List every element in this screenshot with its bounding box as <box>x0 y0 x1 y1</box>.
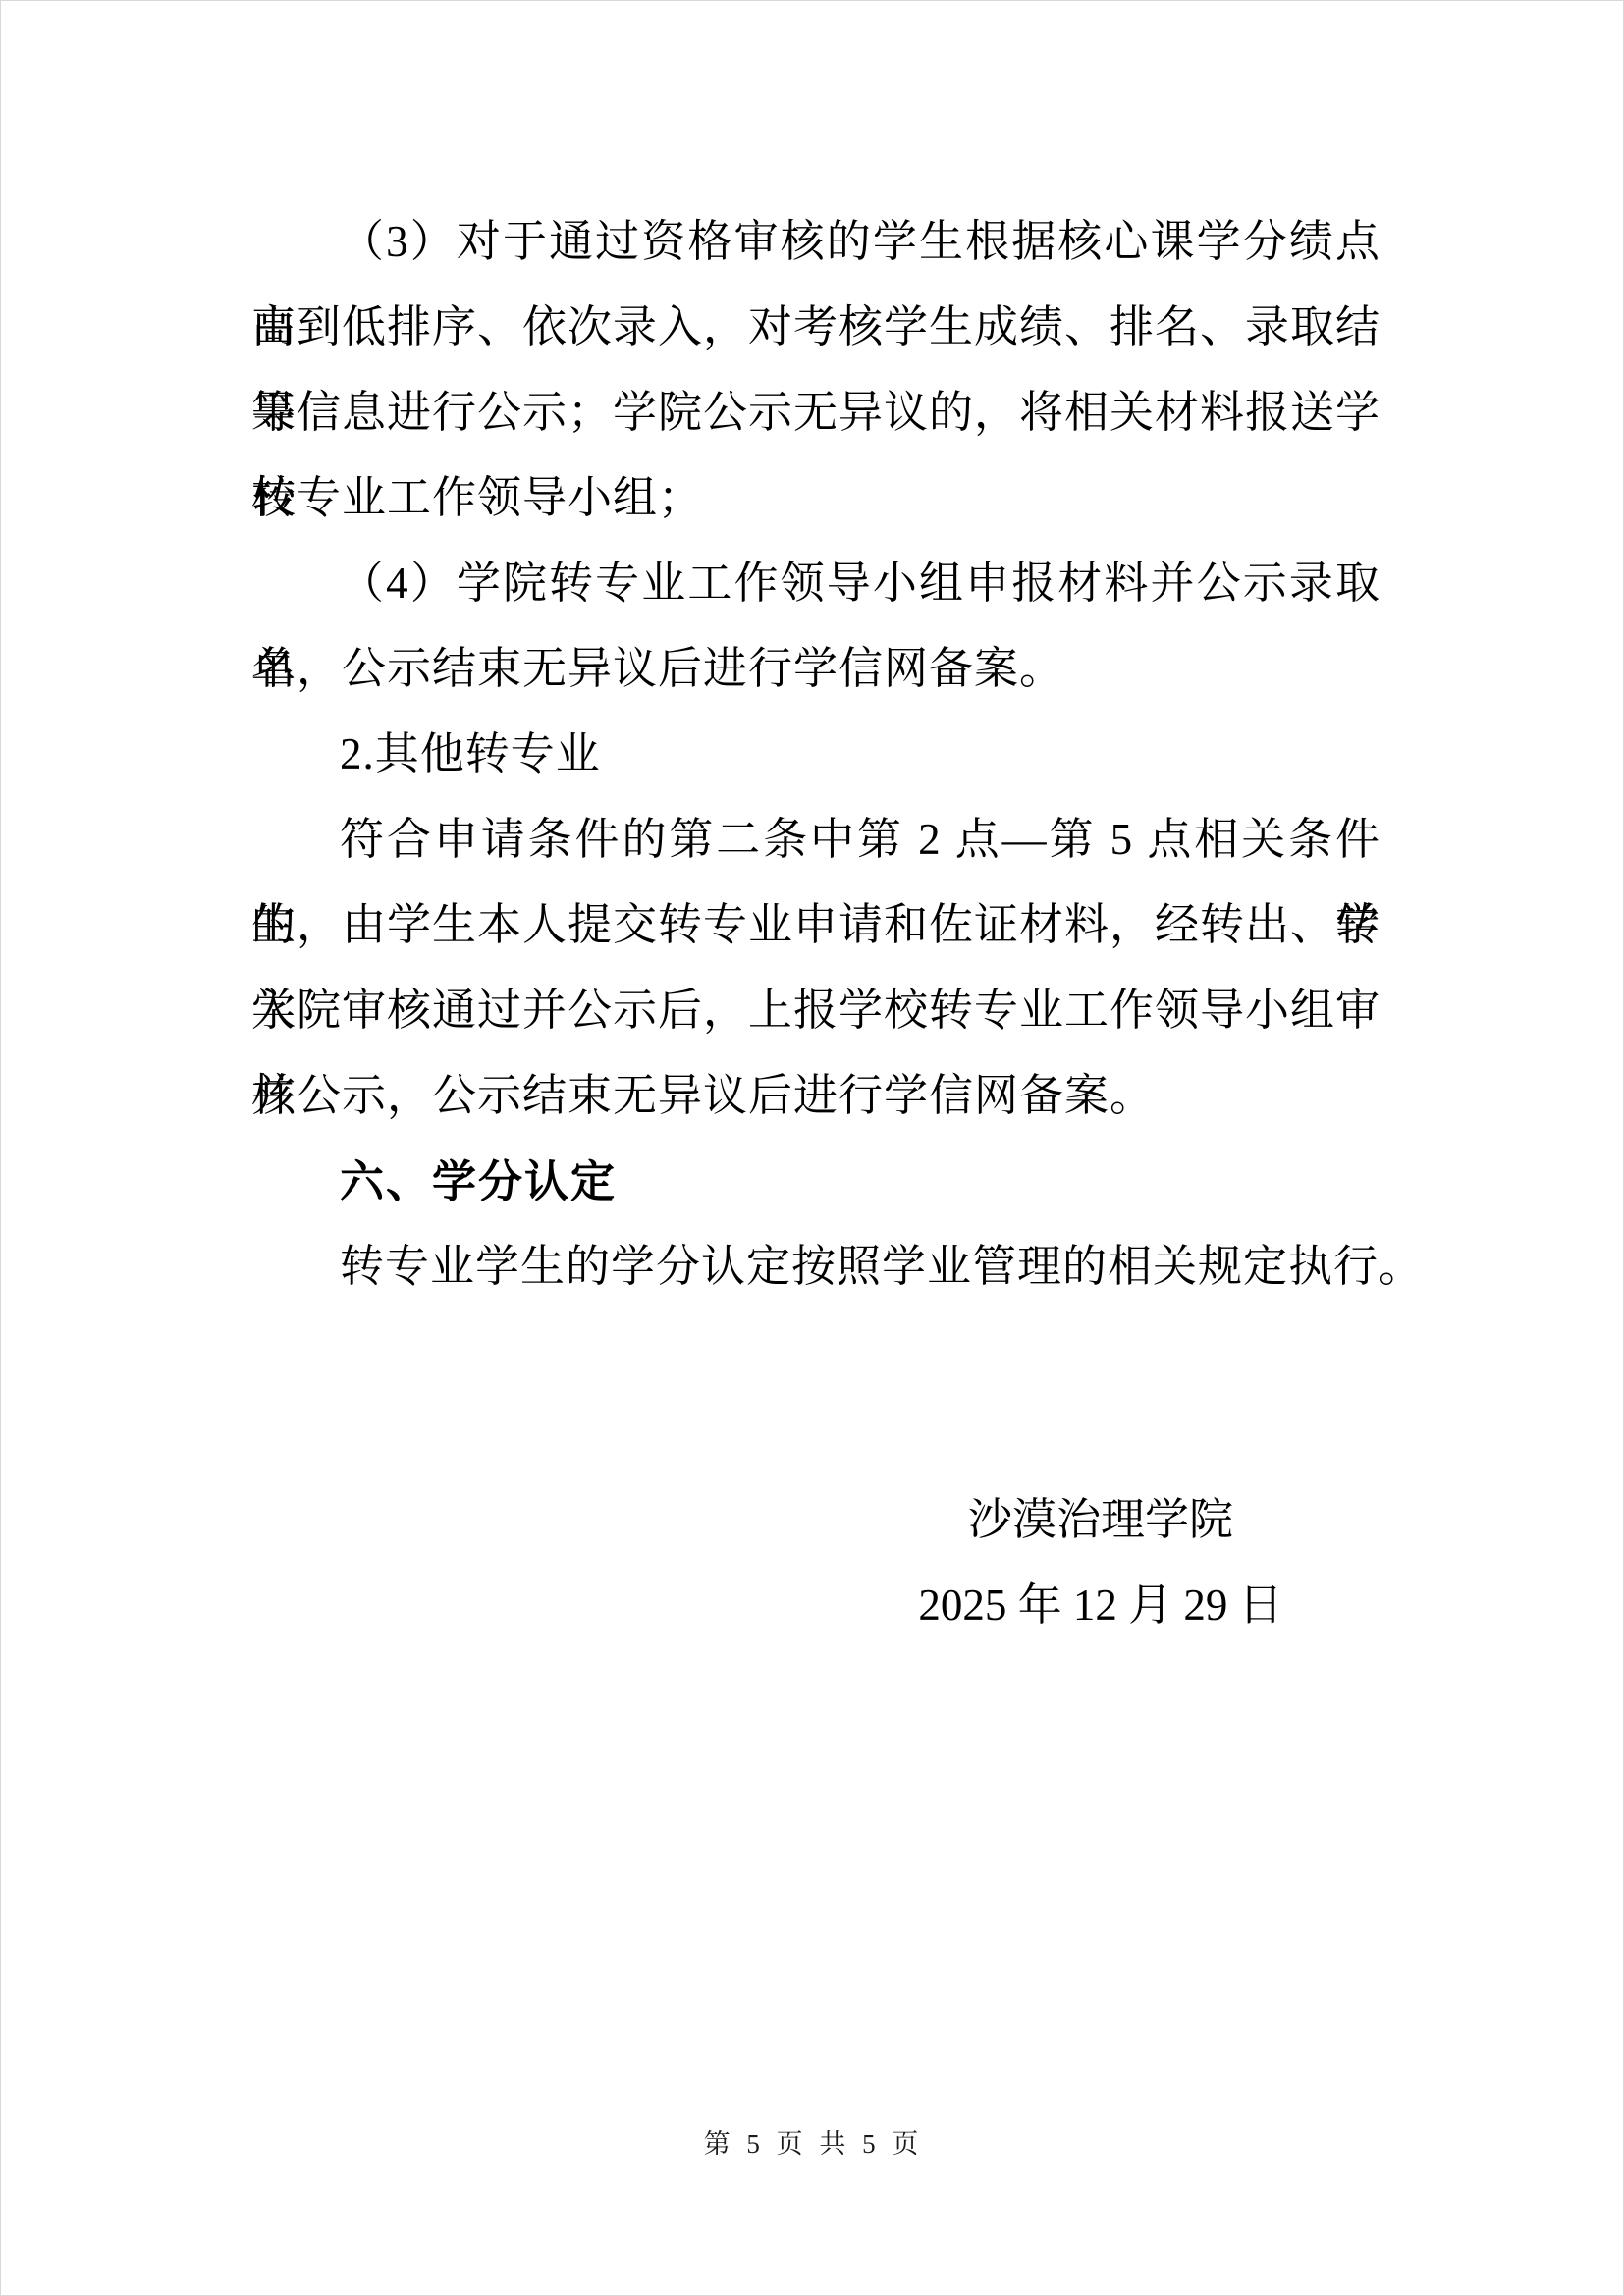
section-heading: 六、学分认定 <box>251 1139 1380 1224</box>
document-line: 并公示，公示结束无异议后进行学信网备案。 <box>251 1053 1380 1139</box>
document-line: 单，公示结束无异议后进行学信网备案。 <box>251 626 1380 712</box>
signature-org: 沙漠治理学院 <box>904 1477 1297 1563</box>
document-line: （4）学院转专业工作领导小组申报材料并公示录取名 <box>251 541 1380 626</box>
signature-date: 2025 年 12 月 29 日 <box>904 1563 1297 1648</box>
signature-block: 沙漠治理学院 2025 年 12 月 29 日 <box>904 1477 1297 1648</box>
page-footer: 第 5 页 共 5 页 <box>1 2124 1623 2163</box>
document-line: 生，由学生本人提交转专业申请和佐证材料，经转出、转入 <box>251 882 1380 968</box>
document-body: （3）对于通过资格审核的学生根据核心课学分绩点由高到低排序、依次录入，对考核学生… <box>251 199 1380 1309</box>
document-page: （3）对于通过资格审核的学生根据核心课学分绩点由高到低排序、依次录入，对考核学生… <box>0 0 1624 2296</box>
document-line: 学院审核通过并公示后，上报学校转专业工作领导小组审核 <box>251 968 1380 1053</box>
document-line: 转专业学生的学分认定按照学业管理的相关规定执行。 <box>251 1224 1380 1309</box>
document-line: 转专业工作领导小组； <box>251 455 1380 541</box>
document-line: 等信息进行公示；学院公示无异议的，将相关材料报送学校 <box>251 370 1380 455</box>
document-line: 高到低排序、依次录入，对考核学生成绩、排名、录取结果 <box>251 285 1380 370</box>
document-line: 2.其他转专业 <box>251 712 1380 797</box>
document-line: 符合申请条件的第二条中第 2 点—第 5 点相关条件的学 <box>251 797 1380 882</box>
document-line: （3）对于通过资格审核的学生根据核心课学分绩点由 <box>251 199 1380 285</box>
